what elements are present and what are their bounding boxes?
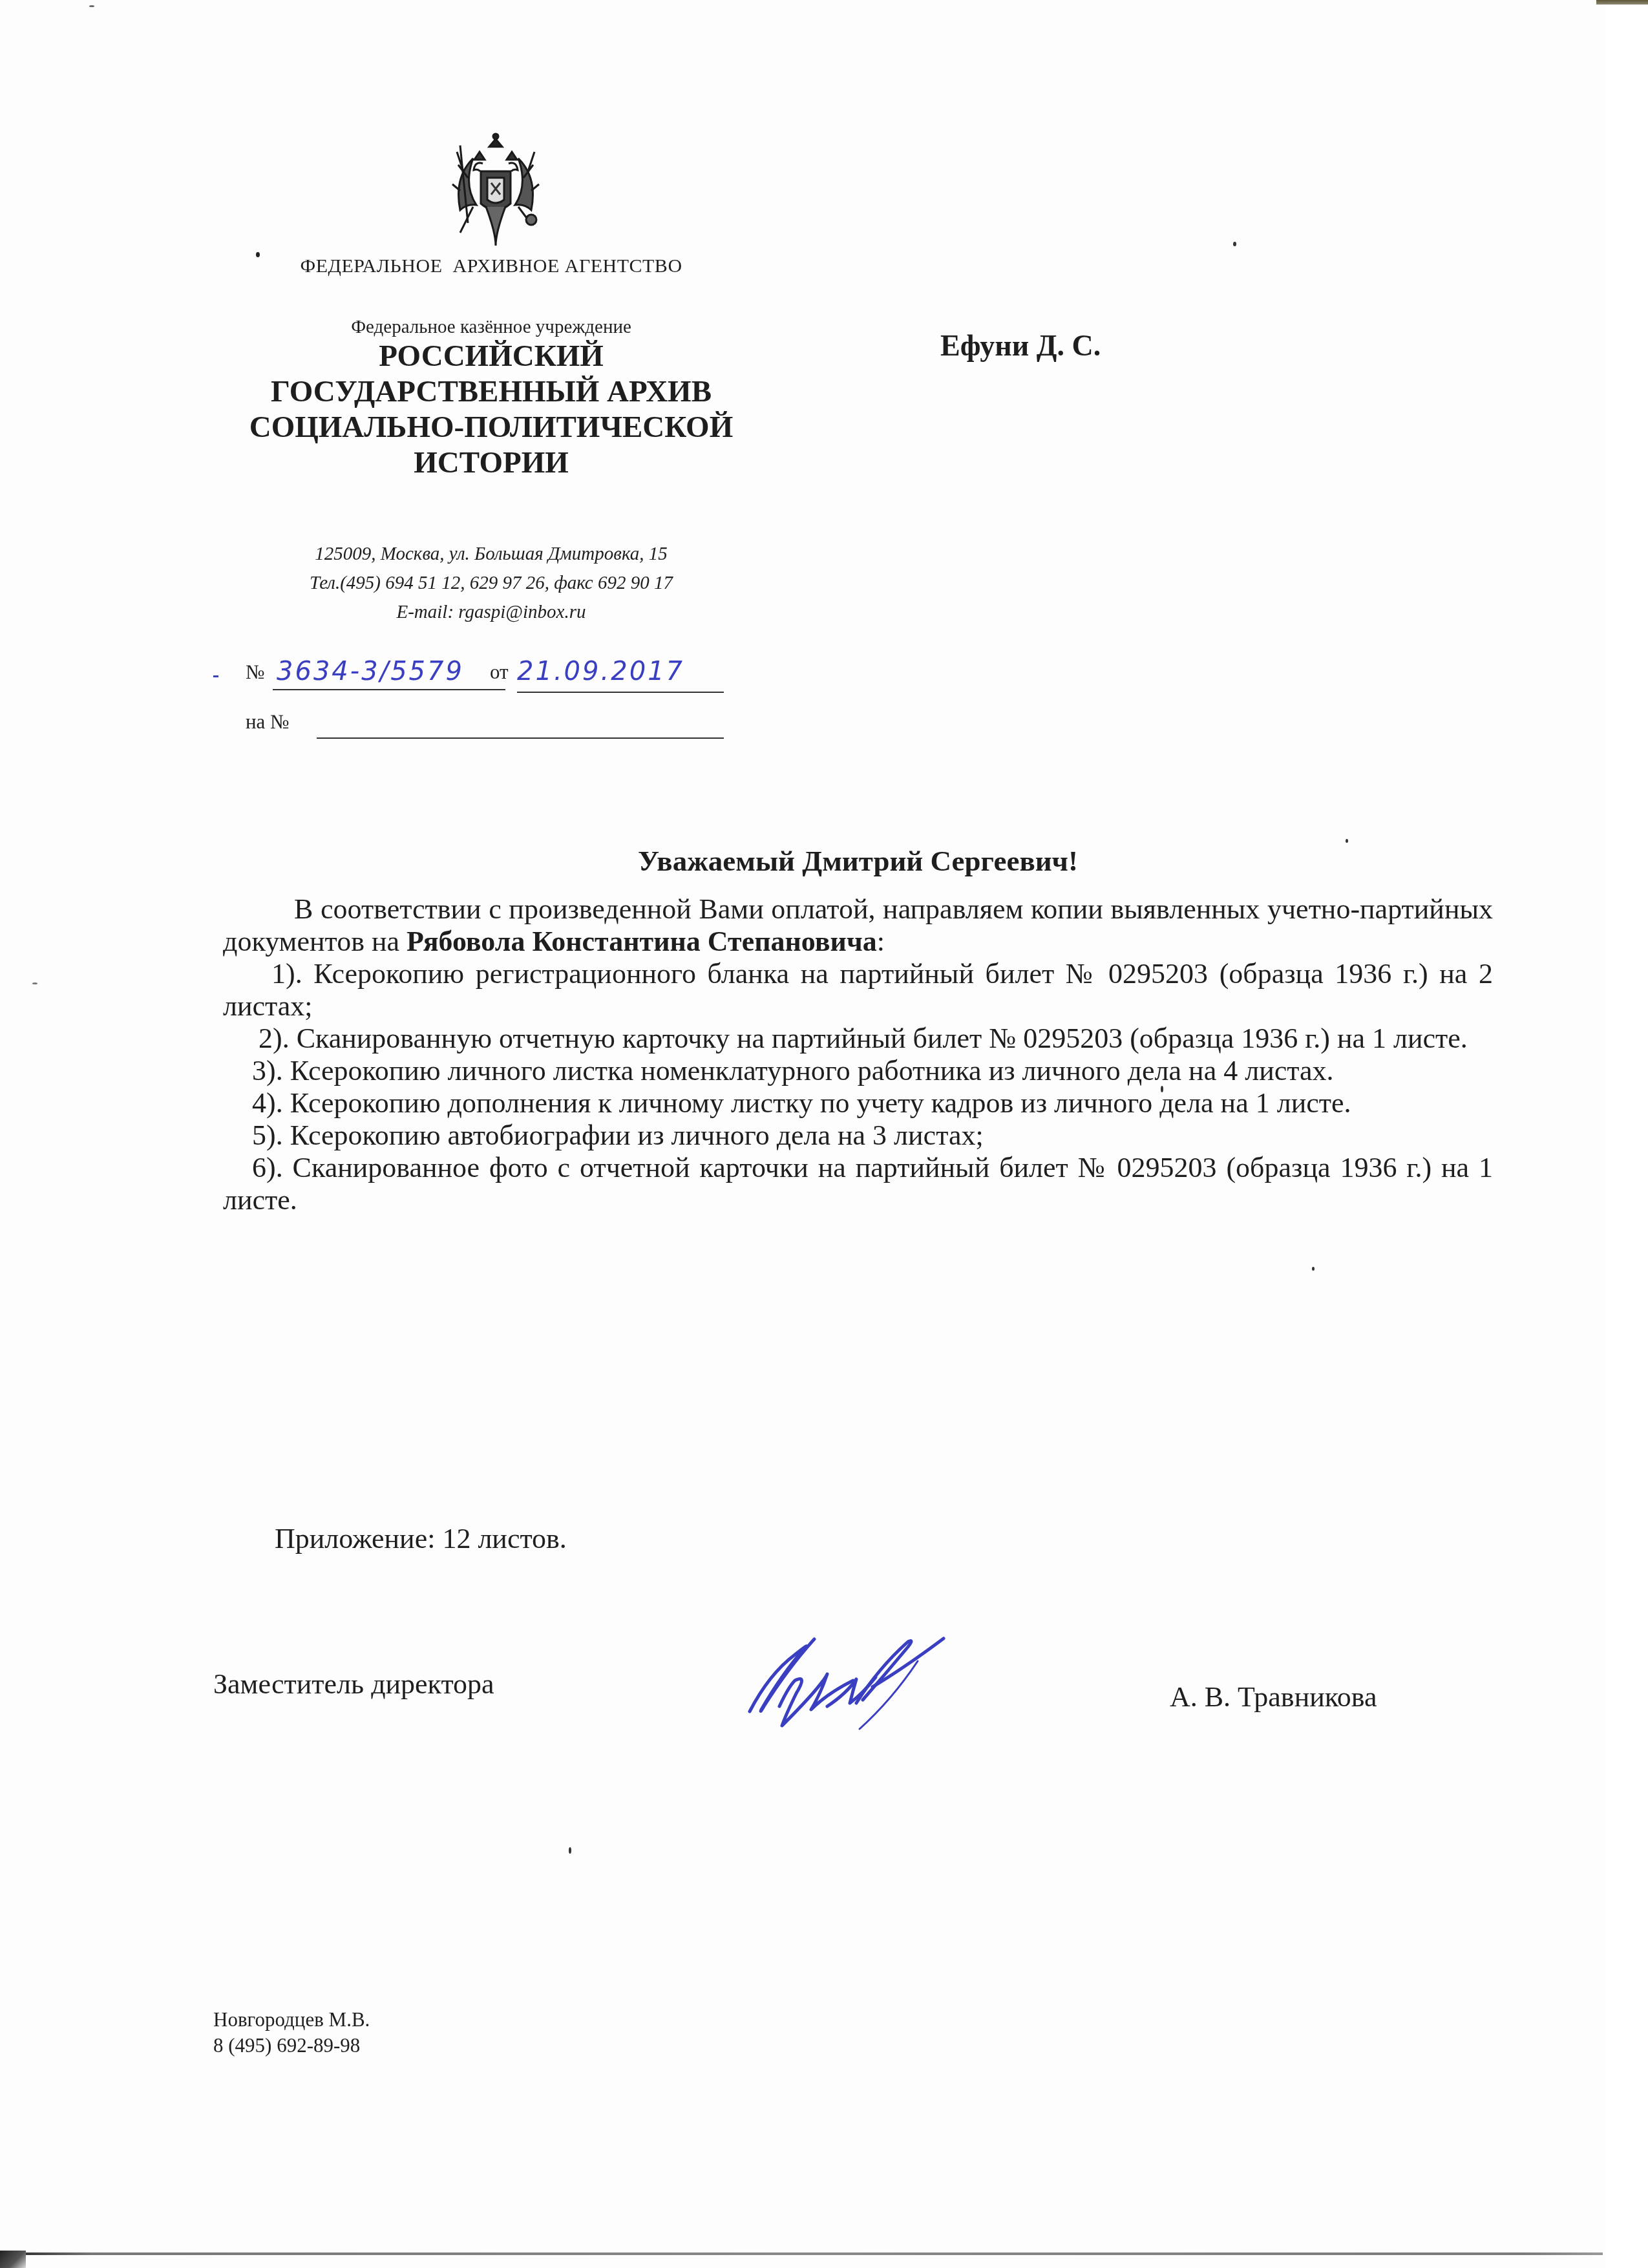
organization-name: РОССИЙСКИЙ ГОСУДАРСТВЕННЫЙ АРХИВ СОЦИАЛЬ… xyxy=(213,339,769,481)
list-item: 6). Сканированное фото с отчетной карточ… xyxy=(223,1152,1493,1216)
organization-name-line: СОЦИАЛЬНО-ПОЛИТИЧЕСКОЙ xyxy=(213,410,769,445)
reply-label: на № xyxy=(246,710,290,734)
intro-end: : xyxy=(877,926,885,957)
greeting: Уважаемый Дмитрий Сергеевич! xyxy=(223,844,1493,878)
executor-contact: Новгородцев М.В. 8 (495) 692-89-98 xyxy=(213,2007,370,2059)
intro-paragraph: В соответствии с произведенной Вами опла… xyxy=(223,893,1493,958)
registration-number-row: № 3634-3/5579 от 21.09.2017 xyxy=(246,652,776,684)
scan-edge-bottom xyxy=(13,2252,1603,2255)
letter-body: В соответствии с произведенной Вами опла… xyxy=(223,893,1493,1216)
list-item: 2). Сканированную отчетную карточку на п… xyxy=(223,1023,1493,1055)
scan-speck xyxy=(1346,839,1348,843)
reply-to-row: на № xyxy=(246,701,776,734)
russian-coat-of-arms-icon xyxy=(434,132,557,249)
executor-name: Новгородцев М.В. xyxy=(213,2007,370,2033)
scan-speck xyxy=(569,1847,571,1854)
scan-speck xyxy=(1233,242,1236,246)
number-underline xyxy=(273,689,505,690)
email-line: E-mail: rgaspi@inbox.ru xyxy=(233,598,750,627)
scan-corner-shadow xyxy=(0,2251,26,2268)
list-item: 5). Ксерокопию автобиографии из личного … xyxy=(223,1119,1493,1152)
organization-address: 125009, Москва, ул. Большая Дмитровка, 1… xyxy=(233,540,750,627)
registration-number-value: 3634-3/5579 xyxy=(277,657,464,686)
date-underline xyxy=(517,692,724,693)
signer-name: А. В. Травникова xyxy=(1170,1680,1377,1713)
scan-edge-top xyxy=(1596,0,1648,5)
scan-speck xyxy=(1312,1267,1315,1271)
scan-speck xyxy=(32,982,37,984)
list-item: 3). Ксерокопию личного листка номенклату… xyxy=(223,1055,1493,1087)
recipient-name: Ефуни Д. С. xyxy=(940,328,1101,363)
phone-line: Тел.(495) 694 51 12, 629 97 26, факс 692… xyxy=(233,569,750,598)
letter-page: ФЕДЕРАЛЬНОЕ АРХИВНОЕ АГЕНТСТВО Федеральн… xyxy=(0,0,1648,2268)
ink-mark xyxy=(213,675,218,677)
agency-name: ФЕДЕРАЛЬНОЕ АРХИВНОЕ АГЕНТСТВО xyxy=(246,255,737,277)
list-item: 4). Ксерокопию дополнения к личному лист… xyxy=(223,1087,1493,1119)
organization-type: Федеральное казённое учреждение xyxy=(233,317,750,338)
reply-underline xyxy=(317,737,724,739)
organization-name-line: РОССИЙСКИЙ xyxy=(213,339,769,374)
organization-name-line: ГОСУДАРСТВЕННЫЙ АРХИВ xyxy=(213,374,769,410)
executor-phone: 8 (495) 692-89-98 xyxy=(213,2033,370,2059)
date-label: от xyxy=(490,661,509,684)
subject-person-name: Рябовола Константина Степановича xyxy=(407,926,877,957)
handwritten-signature-icon xyxy=(724,1616,969,1784)
scan-speck xyxy=(1161,1086,1163,1092)
scan-speck xyxy=(89,5,94,7)
address-line: 125009, Москва, ул. Большая Дмитровка, 1… xyxy=(233,540,750,569)
organization-name-line: ИСТОРИИ xyxy=(213,445,769,481)
appendix-note: Приложение: 12 листов. xyxy=(275,1522,567,1555)
signer-position: Заместитель директора xyxy=(213,1668,494,1701)
number-label: № xyxy=(246,661,265,684)
scan-edge-right xyxy=(1605,0,1648,2268)
registration-date-value: 21.09.2017 xyxy=(517,657,684,686)
list-item: 1). Ксерокопию регистрационного бланка н… xyxy=(223,958,1493,1023)
